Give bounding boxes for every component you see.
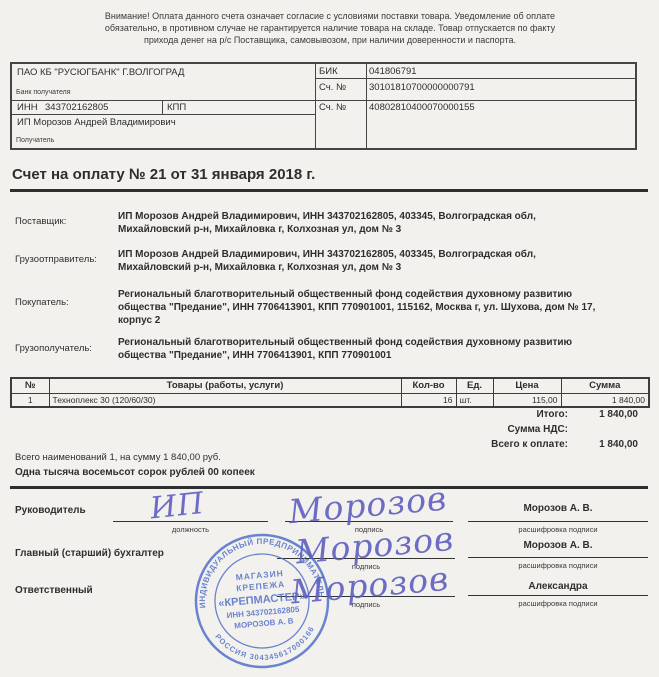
bik-label: БИК: [319, 66, 338, 77]
kpp-label: КПП: [167, 102, 186, 113]
buyer-label: Покупатель:: [15, 297, 69, 308]
position-sub-label: должность: [113, 525, 268, 534]
consignor-value: ИП Морозов Андрей Владимирович, ИНН 3437…: [118, 249, 536, 260]
buyer-value: корпус 2: [118, 315, 160, 326]
decode-line: [468, 521, 648, 522]
table-divider: [162, 100, 163, 114]
inn-value: 343702162805: [45, 102, 108, 113]
accountant-name: Морозов А. В.: [468, 540, 648, 551]
vat-label: Сумма НДС:: [300, 424, 568, 439]
amount-in-words: Одна тысяча восемьсот сорок рублей 00 ко…: [15, 467, 255, 478]
consignor-label: Грузоотправитель:: [15, 254, 97, 265]
totals-row: Всего к оплате: 1 840,00: [300, 439, 638, 454]
total-value: 1 840,00: [568, 409, 638, 424]
signature-line: [277, 596, 455, 597]
decode-sub-label: расшифровка подписи: [468, 599, 648, 608]
stamp-ring-text-bottom: РОССИЯ 304345617000166: [213, 624, 319, 667]
signature-sub-label: подпись: [277, 600, 455, 609]
item-price: 115,00: [493, 393, 561, 407]
totals-row: Сумма НДС:: [300, 424, 638, 439]
decode-line: [468, 557, 648, 558]
inn-label: ИНН: [17, 102, 38, 113]
item-name: Техноплекс 30 (120/60/30): [49, 393, 401, 407]
signature-line: [285, 521, 453, 522]
grand-total-label: Всего к оплате:: [300, 439, 568, 454]
decode-sub-label: расшифровка подписи: [468, 525, 648, 534]
invoice-document: { "warning": { "lines": [ "Внимание! Опл…: [0, 0, 659, 677]
responsible-name: Александра: [468, 581, 648, 592]
total-label: Итого:: [300, 409, 568, 424]
corr-account-label: Сч. №: [319, 82, 346, 93]
stamp-center-line-5: МОРОЗОВ А. В: [234, 616, 294, 630]
warning-line: прихода денег на р/с Поставщика, самовыв…: [60, 34, 600, 46]
recipient-label: Получатель: [16, 137, 54, 144]
account-value: 40802810400070000155: [369, 102, 475, 113]
table-divider: [315, 78, 635, 79]
item-num: 1: [11, 393, 49, 407]
warning-line: Внимание! Оплата данного счета означает …: [60, 10, 600, 22]
responsible-role-label: Ответственный: [15, 585, 93, 596]
decode-line: [468, 595, 648, 596]
totals-row: Итого: 1 840,00: [300, 409, 638, 424]
signature-sub-label: подпись: [285, 525, 453, 534]
account-label: Сч. №: [319, 102, 346, 113]
bank-name: ПАО КБ "РУСЮГБАНК" Г.ВОЛГОГРАД: [17, 67, 184, 78]
item-sum: 1 840,00: [561, 393, 649, 407]
consignor-value: Михайловский р-н, Михайловка г, Колхозна…: [118, 262, 401, 273]
header-sum: Сумма: [561, 378, 649, 393]
recipient-name: ИП Морозов Андрей Владимирович: [17, 117, 176, 128]
items-count-line: Всего наименований 1, на сумму 1 840,00 …: [15, 452, 221, 463]
items-header-row: № Товары (работы, услуги) Кол-во Ед. Цен…: [11, 378, 649, 393]
accountant-role-label: Главный (старший) бухгалтер: [15, 548, 164, 559]
grand-total-value: 1 840,00: [568, 439, 638, 454]
consignee-label: Грузополучатель:: [15, 343, 92, 354]
title-divider: [10, 189, 648, 192]
position-line: [113, 521, 268, 522]
handwritten-signatures: ИП Морозов Морозов Морозов: [148, 478, 456, 611]
vat-value: [568, 424, 638, 439]
item-unit: шт.: [456, 393, 493, 407]
buyer-value: общества "Предание", ИНН 7706413901, КПП…: [118, 302, 595, 313]
bank-requisites-table: ПАО КБ "РУСЮГБАНК" Г.ВОЛГОГРАД Банк полу…: [10, 62, 637, 150]
signatures-divider: [10, 486, 648, 489]
buyer-value: Региональный благотворительный обществен…: [118, 289, 572, 300]
table-divider: [315, 64, 316, 148]
signature-line: [277, 558, 455, 559]
supplier-label: Поставщик:: [15, 216, 66, 227]
header-price: Цена: [493, 378, 561, 393]
item-row: 1 Техноплекс 30 (120/60/30) 16 шт. 115,0…: [11, 393, 649, 407]
signature-sub-label: подпись: [277, 562, 455, 571]
header-qty: Кол-во: [401, 378, 456, 393]
director-name: Морозов А. В.: [468, 503, 648, 514]
header-goods: Товары (работы, услуги): [49, 378, 401, 393]
bank-label: Банк получателя: [16, 89, 71, 96]
stamp-center-line-2: КРЕПЕЖА: [236, 579, 286, 593]
supplier-value: ИП Морозов Андрей Владимирович, ИНН 3437…: [118, 211, 536, 222]
warning-line: обязательно, в противном случае не гаран…: [60, 22, 600, 34]
bik-value: 041806791: [369, 66, 417, 77]
director-role-label: Руководитель: [15, 505, 86, 516]
payment-warning: Внимание! Оплата данного счета означает …: [60, 10, 600, 46]
item-qty: 16: [401, 393, 456, 407]
table-divider: [12, 114, 315, 115]
table-divider: [366, 64, 367, 148]
header-unit: Ед.: [456, 378, 493, 393]
corr-account-value: 30101810700000000791: [369, 82, 475, 93]
items-table: № Товары (работы, услуги) Кол-во Ед. Цен…: [10, 377, 650, 408]
invoice-title: Счет на оплату № 21 от 31 января 2018 г.: [12, 166, 315, 183]
consignee-value: Региональный благотворительный обществен…: [118, 337, 572, 348]
consignee-value: общества "Предание", ИНН 7706413901, КПП…: [118, 350, 391, 361]
supplier-value: Михайловский р-н, Михайловка г, Колхозна…: [118, 224, 401, 235]
header-num: №: [11, 378, 49, 393]
decode-sub-label: расшифровка подписи: [468, 561, 648, 570]
